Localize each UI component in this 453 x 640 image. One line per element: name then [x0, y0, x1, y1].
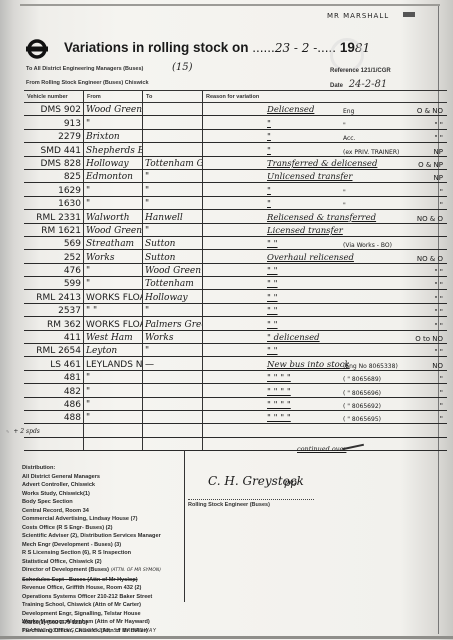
reason-cell: "(ex PRIV. TRAINER)NP	[203, 143, 448, 156]
from-garage: Wood Green	[84, 103, 143, 116]
to-garage: "	[143, 223, 203, 236]
vehicle-number: 913	[24, 116, 84, 129]
table-row: DMS 828HollowayTottenham GreenTransferre…	[24, 156, 447, 169]
table-row: RM 1621Wood Green"Licensed transfer	[24, 223, 447, 236]
from-garage	[84, 424, 143, 437]
table-row: 486"" " " "( " 8065692)"	[24, 397, 447, 410]
reason-note: (ex PRIV. TRAINER)	[343, 149, 399, 156]
reason-cell: "Acc." "	[203, 129, 448, 142]
reason-note: Eng	[343, 108, 354, 115]
status-code: " "	[434, 348, 443, 356]
distribution-item: Statistical Office, Chiswick (2)	[22, 558, 186, 567]
reason-cell: " " " "( " 8065696)"	[203, 384, 448, 397]
variation-date: 23 - 2 -	[275, 41, 317, 55]
from-garage: Brixton	[84, 129, 143, 142]
reason-cell: " "(Via Works - BO)	[203, 236, 448, 249]
table-row: 411West HamWorks" delicensedO to NO	[24, 330, 447, 343]
status-code: "	[440, 402, 443, 410]
reason-cell: " "" "	[203, 317, 448, 330]
from-garage: Shepherds Bush	[84, 143, 143, 156]
vehicle-number	[24, 437, 84, 450]
director-annotation: (ATTN. OF MR SYMON)	[111, 568, 161, 573]
reason-text: " "	[267, 320, 278, 330]
table-row: 1630"""""	[24, 196, 447, 209]
from-garage: "	[84, 277, 143, 290]
status-code: " "	[434, 295, 443, 303]
reason-note: "	[343, 202, 346, 209]
distribution-heading: Distribution:	[22, 464, 186, 473]
vehicle-number: 2537	[24, 303, 84, 316]
reason-text: " delicensed	[267, 333, 320, 343]
reason-cell: DelicensedEngO & NO	[203, 103, 448, 116]
col-to: To	[143, 91, 203, 103]
variations-table: Vehicle number From To Reason for variat…	[24, 90, 447, 451]
from-garage: WORKS FLOAT	[84, 317, 143, 330]
vehicle-number: SMD 441	[24, 143, 84, 156]
signature-initials: pp	[284, 478, 297, 489]
distribution-item: All District General Managers	[22, 473, 186, 482]
from-garage: West Ham	[84, 330, 143, 343]
reason-cell: " "" "	[203, 277, 448, 290]
reason-text: " " " "	[267, 413, 291, 423]
to-garage: Wood Green	[143, 263, 203, 276]
status-code: "	[440, 188, 443, 196]
to-garage: Palmers Green	[143, 317, 203, 330]
reason-text: New bus into stock	[267, 360, 350, 370]
table-row: SMD 441Shepherds Bush"(ex PRIV. TRAINER)…	[24, 143, 447, 156]
title-dots: ......	[252, 40, 275, 55]
reason-text: " " " "	[267, 400, 291, 410]
date-label: Date	[330, 83, 343, 89]
vehicle-number: RM 362	[24, 317, 84, 330]
table-row: 599"Tottenham" "" "	[24, 277, 447, 290]
from-garage: "	[84, 370, 143, 383]
addressee-note: MR MARSHALL	[327, 12, 389, 20]
table-row: continued over	[24, 437, 447, 450]
status-code: " "	[434, 322, 443, 330]
status-code: NP	[434, 148, 443, 156]
to-garage: —	[143, 357, 203, 370]
signature-label: Rolling Stock Engineer (Buses)	[188, 502, 270, 508]
distribution-item: Schedules Supt - Buses (Attn of Mr Hyslo…	[22, 576, 186, 585]
status-code: "	[440, 375, 443, 383]
vehicle-number: DMS 902	[24, 103, 84, 116]
reason-text: Relicensed & transferred	[267, 213, 376, 223]
to-garage: Holloway	[143, 290, 203, 303]
status-code: NO & O	[417, 255, 443, 263]
status-code: " "	[434, 121, 443, 129]
status-code: " "	[434, 308, 443, 316]
reason-cell: Overhaul relicensedNO & O	[203, 250, 448, 263]
reason-text: "	[267, 119, 271, 129]
reason-cell: " "" "	[203, 290, 448, 303]
status-code: O to NO	[415, 335, 443, 343]
reason-text: "	[267, 186, 271, 196]
table-row: 825Edmonton"Unlicensed transferNP	[24, 169, 447, 182]
copy-count: (15)	[172, 62, 193, 73]
vehicle-number: 825	[24, 169, 84, 182]
table-row: 2279Brixton"Acc." "	[24, 129, 447, 142]
distribution-item: Operations Systems Officer 210-212 Baker…	[22, 593, 186, 602]
reason-text: " "	[267, 239, 278, 249]
status-code: NO & O	[417, 215, 443, 223]
from-garage: WORKS FLOAT	[84, 290, 143, 303]
form-code: 408/80(1) (500 2/79 121/1)	[22, 620, 87, 626]
from-garage: "	[84, 116, 143, 129]
from-garage: Holloway	[84, 156, 143, 169]
to-garage	[143, 410, 203, 423]
reason-cell: " delicensedO to NO	[203, 330, 448, 343]
to-garage	[143, 437, 203, 450]
reason-text: " "	[267, 279, 278, 289]
reason-text: "	[267, 132, 271, 142]
from-garage: "	[84, 384, 143, 397]
distribution-item: Body Spec Section	[22, 498, 186, 507]
reason-cell: " " " "( " 8065692)"	[203, 397, 448, 410]
to-garage	[143, 370, 203, 383]
table-row: RM 362WORKS FLOATPalmers Green" "" "	[24, 317, 447, 330]
date-field: Date 24-2-81	[330, 79, 391, 90]
to-garage: "	[143, 344, 203, 357]
table-row: 252WorksSuttonOverhaul relicensedNO & O	[24, 250, 447, 263]
distribution-item: Revenue Office, Griffith House, Room 432…	[22, 584, 186, 593]
vehicle-number: RML 2654	[24, 344, 84, 357]
status-code: NO	[432, 362, 443, 370]
status-code: " "	[434, 281, 443, 289]
spares-note: ✎+ 2 spds	[6, 428, 40, 435]
reason-text: "	[267, 199, 271, 209]
col-vehicle-number: Vehicle number	[24, 91, 84, 103]
from-garage	[84, 437, 143, 450]
to-garage	[143, 129, 203, 142]
reason-text: " "	[267, 293, 278, 303]
col-from: From	[84, 91, 143, 103]
reason-note: Acc.	[343, 135, 356, 142]
vehicle-number: LS 461	[24, 357, 84, 370]
table-row: 1629"""""	[24, 183, 447, 196]
col-reason: Reason for variation	[203, 91, 448, 103]
table-row: RML 2654Leyton"" "" "	[24, 344, 447, 357]
to-garage: Tottenham	[143, 277, 203, 290]
from-garage: Leyton	[84, 344, 143, 357]
reason-cell: " "" "	[203, 303, 448, 316]
reason-note: ( " 8065689)	[343, 376, 381, 383]
handwritten-footer: TRAFFIC COSTING, ROOM 150, 55 BROADWAY	[22, 628, 156, 634]
distribution-item: Central Record, Room 34	[22, 507, 186, 516]
to-garage: "	[143, 183, 203, 196]
from-garage: Edmonton	[84, 169, 143, 182]
from-garage: Walworth	[84, 210, 143, 223]
reason-cell: " "" "	[203, 344, 448, 357]
vehicle-number: RML 2331	[24, 210, 84, 223]
reason-text: Transferred & delicensed	[267, 159, 377, 169]
vehicle-number: 482	[24, 384, 84, 397]
vehicle-number: 599	[24, 277, 84, 290]
to-garage	[143, 424, 203, 437]
status-code: "	[440, 389, 443, 397]
from-garage: Wood Green	[84, 223, 143, 236]
table-row: 482"" " " "( " 8065696)"	[24, 384, 447, 397]
strikeout-mark	[403, 12, 415, 17]
to-garage: Sutton	[143, 236, 203, 249]
reason-note: "	[343, 189, 346, 196]
reason-text: " "	[267, 346, 278, 356]
distribution-item: Mech Engr (Development - Buses) (3)	[22, 541, 186, 550]
status-code: O & NP	[418, 161, 443, 169]
table-row: DMS 902Wood GreenDelicensedEngO & NO	[24, 103, 447, 116]
distribution-item: Costs Office (R S Engr- Buses) (2)	[22, 524, 186, 533]
reason-cell: Relicensed & transferredNO & O	[203, 210, 448, 223]
distribution-item: Advert Controller, Chiswick	[22, 481, 186, 490]
from-garage: "	[84, 196, 143, 209]
vehicle-number: DMS 828	[24, 156, 84, 169]
vehicle-number: 252	[24, 250, 84, 263]
from-garage: "	[84, 397, 143, 410]
from-garage: " "	[84, 303, 143, 316]
vehicle-number: 1629	[24, 183, 84, 196]
to-garage: "	[143, 169, 203, 182]
reason-text: "	[267, 146, 271, 156]
from-line: From Rolling Stock Engineer (Buses) Chis…	[26, 80, 149, 86]
top-edge	[20, 4, 440, 6]
reason-text: Delicensed	[267, 105, 314, 115]
vehicle-number: 486	[24, 397, 84, 410]
reason-cell: " " " "( " 8065689)"	[203, 370, 448, 383]
to-garage: "	[143, 196, 203, 209]
from-garage: "	[84, 183, 143, 196]
vehicle-number: 2279	[24, 129, 84, 142]
table-row: 569StreathamSutton" "(Via Works - BO)	[24, 236, 447, 249]
to-garage	[143, 143, 203, 156]
to-garage: Hanwell	[143, 210, 203, 223]
reason-cell: New bus into stock(Eng No 8065338)NO	[203, 357, 448, 370]
reason-cell: """	[203, 196, 448, 209]
from-garage: LEYLANDS NOTTINGHAM	[84, 357, 143, 370]
reason-note: ( " 8065692)	[343, 403, 381, 410]
reason-text: " "	[267, 306, 278, 316]
reason-note: "	[343, 122, 346, 129]
table-header: Vehicle number From To Reason for variat…	[24, 91, 447, 103]
distribution-item: Director of Development (Buses) (ATTN. O…	[22, 566, 186, 576]
reference: Reference 121/1/CGR	[330, 68, 391, 74]
table-row: RML 2413WORKS FLOATHolloway" "" "	[24, 290, 447, 303]
to-garage	[143, 116, 203, 129]
distribution-item: Scientific Adviser (2), Distribution Ser…	[22, 532, 186, 541]
to-garage	[143, 103, 203, 116]
form-title: Variations in rolling stock on ......23 …	[64, 40, 370, 55]
to-garage: Sutton	[143, 250, 203, 263]
distribution-item: R S Licensing Section (6), R S Inspectio…	[22, 549, 186, 558]
status-code: O & NO	[417, 107, 443, 115]
from-garage: Streatham	[84, 236, 143, 249]
reason-cell: Licensed transfer	[203, 223, 448, 236]
table-row	[24, 424, 447, 437]
to-garage: Works	[143, 330, 203, 343]
vehicle-number: 1630	[24, 196, 84, 209]
reason-cell	[203, 424, 448, 437]
reason-note: (Eng No 8065338)	[343, 363, 398, 370]
distribution-item: Training School, Chiswick (Attn of Mr Ca…	[22, 601, 186, 610]
signature-line	[188, 499, 314, 500]
status-code: NP	[434, 174, 443, 182]
reason-cell: " "" "	[203, 263, 448, 276]
reason-cell: " " " "( " 8065695)"	[203, 410, 448, 423]
show-through-roundel	[330, 38, 364, 72]
to-garage	[143, 384, 203, 397]
reason-note: ( " 8065696)	[343, 390, 381, 397]
to-garage: Tottenham Green	[143, 156, 203, 169]
reason-text: Overhaul relicensed	[267, 253, 354, 263]
table-row: 913"""" "	[24, 116, 447, 129]
reason-cell: """ "	[203, 116, 448, 129]
title-text: Variations in rolling stock on	[64, 40, 249, 55]
to-garage: "	[143, 303, 203, 316]
reason-text: " " " "	[267, 373, 291, 383]
table-row: 476"Wood Green" "" "	[24, 263, 447, 276]
distribution-item: Development Engr, Signalling, Telstar Ho…	[22, 610, 186, 619]
status-code: "	[440, 201, 443, 209]
distribution-item: Commercial Advertising, Lindsay House (7…	[22, 515, 186, 524]
reason-note: ( " 8065695)	[343, 416, 381, 423]
vehicle-number: 411	[24, 330, 84, 343]
table-row: 2537" """ "" "	[24, 303, 447, 316]
table-body: DMS 902Wood GreenDelicensedEngO & NO913"…	[24, 103, 447, 451]
reason-text: " "	[267, 266, 278, 276]
status-code: " "	[434, 268, 443, 276]
status-code: " "	[434, 134, 443, 142]
table-row: 481"" " " "( " 8065689)"	[24, 370, 447, 383]
reason-text: Unlicensed transfer	[267, 172, 353, 182]
vehicle-number: RML 2413	[24, 290, 84, 303]
from-garage: "	[84, 410, 143, 423]
vehicle-number: 481	[24, 370, 84, 383]
table-row: LS 461LEYLANDS NOTTINGHAM—New bus into s…	[24, 357, 447, 370]
reason-cell: """	[203, 183, 448, 196]
table-row: RML 2331WalworthHanwellRelicensed & tran…	[24, 210, 447, 223]
london-transport-roundel-icon	[26, 38, 48, 60]
to-line: To All District Engineering Managers (Bu…	[26, 66, 143, 72]
from-garage: Works	[84, 250, 143, 263]
bottom-edge	[0, 636, 453, 639]
distribution-item: Works Study, Chiswick(1)	[22, 490, 186, 499]
vehicle-number: 569	[24, 236, 84, 249]
vehicle-number: 488	[24, 410, 84, 423]
from-garage: "	[84, 263, 143, 276]
reason-cell: Unlicensed transferNP	[203, 169, 448, 182]
table-row: 488"" " " "( " 8065695)"	[24, 410, 447, 423]
distribution-list: Distribution: All District General Manag…	[22, 464, 186, 635]
reason-note: (Via Works - BO)	[343, 242, 392, 249]
document-page: MR MARSHALL Variations in rolling stock …	[0, 0, 453, 640]
vehicle-number: 476	[24, 263, 84, 276]
status-code: "	[440, 415, 443, 423]
continued-over: continued over	[297, 445, 346, 453]
vehicle-number: RM 1621	[24, 223, 84, 236]
reason-text: Licensed transfer	[267, 226, 343, 236]
reason-text: " " " "	[267, 387, 291, 397]
to-garage	[143, 397, 203, 410]
reason-cell: Transferred & delicensedO & NP	[203, 156, 448, 169]
